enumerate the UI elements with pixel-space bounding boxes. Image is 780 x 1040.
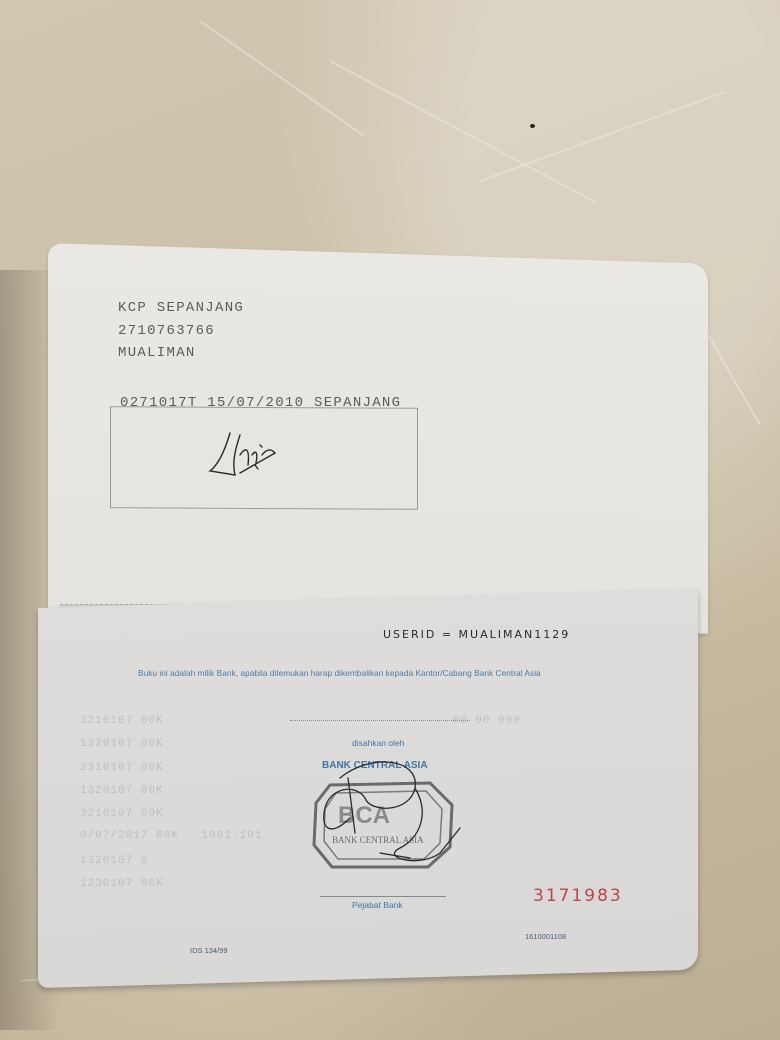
bleed-through-text: 1320107 00K: [80, 738, 164, 750]
official-label: Pejabat Bank: [352, 900, 403, 910]
marble-vein: [699, 321, 761, 426]
official-signature-icon: [310, 758, 470, 878]
branch-name: KCP SEPANJANG: [118, 300, 244, 316]
dotted-line: [290, 720, 470, 721]
bleed-through-text: 3210107 00K: [80, 808, 164, 820]
bleed-through-text: 3210107 00K 00 00 000: [80, 715, 521, 727]
marble-vein: [199, 20, 364, 136]
bleed-through-text: 1230107 00K: [80, 878, 164, 890]
speck: [530, 124, 535, 128]
bleed-through-text: 1320107 00K: [80, 785, 164, 797]
print-code: 1610001108: [525, 932, 566, 941]
signature-icon: [200, 425, 300, 490]
account-number: 2710763766: [118, 323, 215, 339]
marble-vein: [480, 91, 725, 182]
bleed-through-text: 1320107 0: [80, 855, 148, 867]
serial-number: 3171983: [533, 886, 623, 906]
marble-vein: [330, 60, 596, 203]
endorsed-by-label: disahkan oleh: [352, 738, 404, 748]
form-code: IDS 134/99: [190, 946, 228, 955]
bleed-through-text: 0/07/2017 00K 1001.101: [80, 830, 262, 842]
ownership-notice: Buku ini adalah milik Bank, apabila dite…: [138, 668, 541, 678]
signature-line: [320, 896, 446, 897]
handwritten-userid: USERID = MUALIMAN1129: [383, 628, 570, 641]
account-name: MUALIMAN: [118, 345, 196, 361]
bleed-through-text: 2310107 00K: [80, 762, 164, 774]
